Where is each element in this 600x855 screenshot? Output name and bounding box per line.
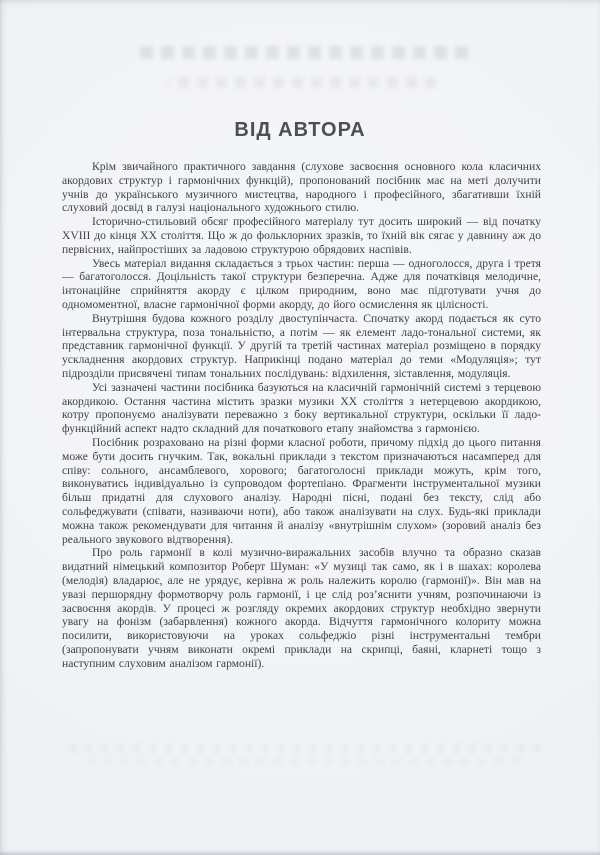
page-title: ВІД АВТОРА [0, 119, 600, 142]
paragraph: Посібник розраховано на різні форми клас… [62, 436, 541, 546]
paragraph: Увесь матеріал видання складається з трь… [62, 257, 541, 312]
paragraph: Історично-стильовий обсяг професійного м… [62, 215, 541, 256]
paragraph: Усі зазначені частини посібника базуютьс… [62, 381, 541, 436]
page-bottom-edge [0, 851, 600, 855]
scanned-book-page: ВІД АВТОРА Крім звичайного практичного з… [0, 0, 600, 855]
body-text: Крім звичайного практичного завдання (сл… [62, 160, 541, 670]
bleedthrough-artifact [138, 46, 468, 59]
bleedthrough-artifact [60, 744, 540, 753]
bleedthrough-artifact [168, 77, 436, 88]
paragraph: Про роль гармонії в колі музично-виражал… [62, 546, 541, 670]
bleedthrough-artifact [90, 758, 520, 765]
paragraph: Внутрішня будова кожного розділу двоступ… [62, 312, 541, 381]
paragraph: Крім звичайного практичного завдання (сл… [62, 160, 541, 215]
